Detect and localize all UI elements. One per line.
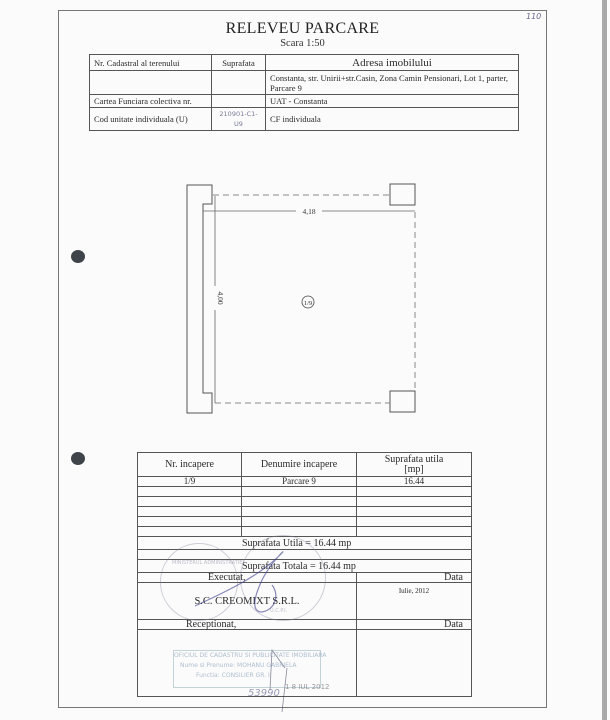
table-row: 1/9 Parcare 9 16.44 xyxy=(138,477,472,487)
cadastral-header: Nr. Cadastral al terenului xyxy=(90,55,212,71)
address-header: Adresa imobilului xyxy=(266,55,519,71)
table-row xyxy=(138,487,472,497)
receptionat-label: Receptionat, xyxy=(138,620,357,630)
room-number: 1/9 xyxy=(138,477,242,487)
reception-date-cell xyxy=(357,630,472,697)
cartea-funciara-value xyxy=(212,95,266,108)
document-title: RELEVEU PARCARE xyxy=(58,20,547,38)
table-row xyxy=(138,517,472,527)
cadastral-value xyxy=(90,71,212,95)
cod-unitate-value: 210901-C1-U9 xyxy=(212,108,266,131)
stamp-left-text: MINISTERUL ADMINISTRATIEI xyxy=(172,560,244,566)
reception-number: 53990 xyxy=(248,688,280,699)
cod-unitate-label: Cod unitate individuala (U) xyxy=(90,108,212,131)
header-nr-incapere: Nr. incapere xyxy=(138,453,242,477)
cf-value: CF individuala xyxy=(266,108,519,131)
suprafata-value xyxy=(212,71,266,95)
suprafata-header: Suprafata xyxy=(212,55,266,71)
executat-date: Iulie, 2012 xyxy=(357,583,472,620)
table-row xyxy=(138,497,472,507)
ocpi-stamp-line3: Functia: CONSILIER GR. I xyxy=(174,671,320,681)
table-row xyxy=(138,527,472,537)
header-suprafata-utila: Suprafata utila [mp] xyxy=(357,453,472,477)
cartea-funciara-label: Cartea Funciara colectiva nr. xyxy=(90,95,212,108)
address-value: Constanta, str. Unirii+str.Casin, Zona C… xyxy=(266,71,519,95)
ocpi-stamp-line1: OFICIUL DE CADASTRU SI PUBLICITATE IMOBI… xyxy=(174,651,320,661)
room-area: 16.44 xyxy=(357,477,472,487)
stamp-right-text: U.C.P.I. xyxy=(270,608,287,614)
uat-value: UAT - Constanta xyxy=(266,95,519,108)
reception-date: 1 8 IUL 2012 xyxy=(285,683,330,691)
header-suprafata-line1: Suprafata utila xyxy=(360,455,468,465)
scale-label: Scara 1:50 xyxy=(58,38,547,49)
ocpi-stamp-line2: Nume si Prenume: MOHANU GABRIELA xyxy=(174,661,320,671)
property-info-table: Nr. Cadastral al terenului Suprafata Adr… xyxy=(89,54,519,131)
table-row xyxy=(138,507,472,517)
scan-edge-bar xyxy=(602,0,607,720)
receptionat-data-label: Data xyxy=(357,620,472,630)
header-suprafata-line2: [mp] xyxy=(360,465,468,475)
executat-data-label: Data xyxy=(357,573,472,583)
room-name: Parcare 9 xyxy=(242,477,357,487)
header-denumire: Denumire incapere xyxy=(242,453,357,477)
stamp-round-left xyxy=(160,543,238,621)
